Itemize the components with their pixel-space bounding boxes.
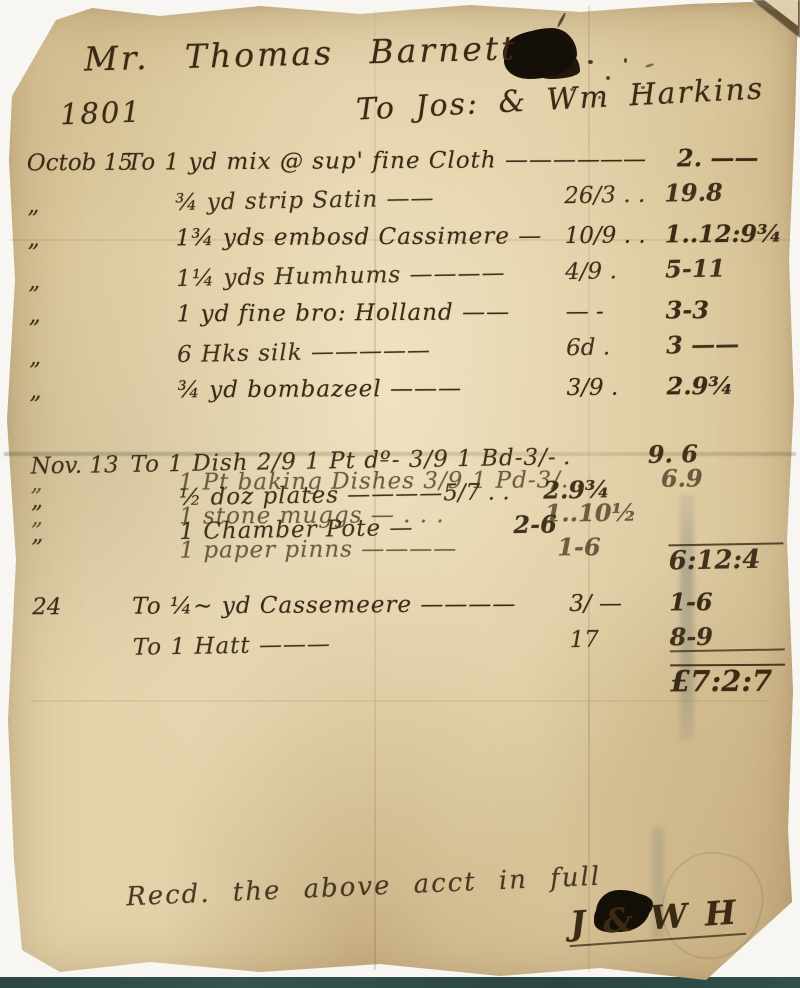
ledger-price: 4/9 . (565, 257, 665, 286)
ledger-price: 26/3 . . (564, 181, 664, 210)
ledger-price: 3/ — (569, 590, 669, 618)
ledger-row: To 1 Hatt ———178-9 (32, 621, 784, 663)
ledger-row: „½ doz plates ————5/7 . .2.9¾ (31, 486, 35, 490)
ledger-price: 6d . (566, 333, 666, 362)
ledger-date: „ (27, 191, 127, 220)
ledger-amount: 3 —— (666, 329, 781, 358)
ledger-row: Octob 15To 1 yd mix @ sup' fine Cloth ——… (27, 144, 779, 178)
ledger-date: Octob 15 (27, 150, 127, 178)
ledger-row: „1 stone muggs — . . .1..10½ (31, 503, 35, 507)
ledger-date: „ (30, 378, 130, 406)
ledger-amount: 2. —— (677, 144, 792, 172)
folded-corner-highlight (764, 0, 798, 26)
ledger-description: 6 Hks silk ————— (129, 335, 566, 370)
ledger-description: 1 yd fine bro: Holland —— (129, 299, 566, 329)
ledger-row: „1 Pt baking Dishes 3/9 1 Pd-3/. .6.9 (31, 469, 35, 473)
ledger-description: 1¼ yds Humhums ———— (128, 259, 565, 294)
ledger-amount: 5-11 (665, 253, 780, 282)
ledger-price (414, 533, 514, 535)
ledger-description: To 1 yd mix @ sup' fine Cloth ——— (127, 147, 577, 177)
ledger-amount: 19.8 (664, 177, 779, 206)
year-label: 1801 (59, 95, 142, 132)
ledger-row: 1 paper pinns ————1-6 (31, 537, 35, 541)
ledger-row: „¾ yd bombazeel ———3/9 .2.9¾ (30, 372, 782, 406)
ledger-rows: Octob 15To 1 yd mix @ sup' fine Cloth ——… (27, 141, 786, 703)
ledger-price: — - (566, 298, 666, 326)
ledger-price: 5/7 . . (443, 479, 543, 508)
ledger-amount: 1..12:9¾ (665, 220, 780, 248)
ledger-price: 3/9 . (567, 374, 667, 402)
ledger-price: 10/9 . . (565, 222, 665, 250)
ledger-row: £7:2:7 (33, 664, 785, 700)
ledger-date: „ (31, 520, 131, 549)
ledger-price: 17 (569, 625, 669, 654)
scanned-document-page: { "page": { "background_color": "#f7f6f2… (0, 0, 800, 988)
ledger-date (33, 655, 133, 657)
ledger-row: „1¾ yds embosd Cassimere —10/9 . .1..12:… (28, 220, 780, 254)
ledger-date: „ (29, 343, 129, 372)
ledger-row: „1 yd fine bro: Holland ——— -3-3 (29, 296, 781, 330)
ledger-price: ——— (577, 146, 677, 174)
ledger-amount: 6.9 (661, 464, 776, 492)
ledger-row: Nov. 13To 1 Dish 2/9 1 Pt dº- 3/9 1 Bd-3… (30, 452, 34, 456)
ledger-description: ¾ yd bombazeel ——— (130, 375, 567, 405)
ledger-row: „1¼ yds Humhums ————4/9 .5-11 (28, 253, 780, 295)
ledger-amount: 8-9 (669, 621, 784, 652)
ledger-description: To 1 Hatt ——— (133, 627, 570, 662)
ledger-amount: 2.9¾ (666, 372, 781, 400)
ledger-row: 24To ¼~ yd Cassemeere ————3/ —1-6 (32, 588, 784, 622)
ledger-row: „1 Chamber Pote —2-6 (31, 520, 35, 524)
ledger-amount: 6:12:4 (668, 542, 784, 575)
ledger-date: „ (28, 226, 128, 254)
ledger-amount: £7:2:7 (670, 664, 785, 696)
ledger-row: „¾ yd strip Satin ——26/3 . .19.8 (27, 177, 779, 219)
ledger-date: „ (28, 267, 128, 296)
ledger-description: ¾ yd strip Satin —— (127, 183, 564, 218)
scanner-background-strip (0, 977, 800, 988)
ledger-date: „ (29, 302, 129, 330)
ledger-date: 24 (32, 594, 132, 622)
ledger-row: „6 Hks silk —————6d .3 —— (29, 329, 781, 371)
ledger-amount: 3-3 (666, 296, 781, 324)
ledger-amount: 1-6 (669, 588, 784, 616)
ledger-description: 1¾ yds embosd Cassimere — (128, 223, 565, 253)
ledger-description: To ¼~ yd Cassemeere ———— (132, 591, 569, 621)
